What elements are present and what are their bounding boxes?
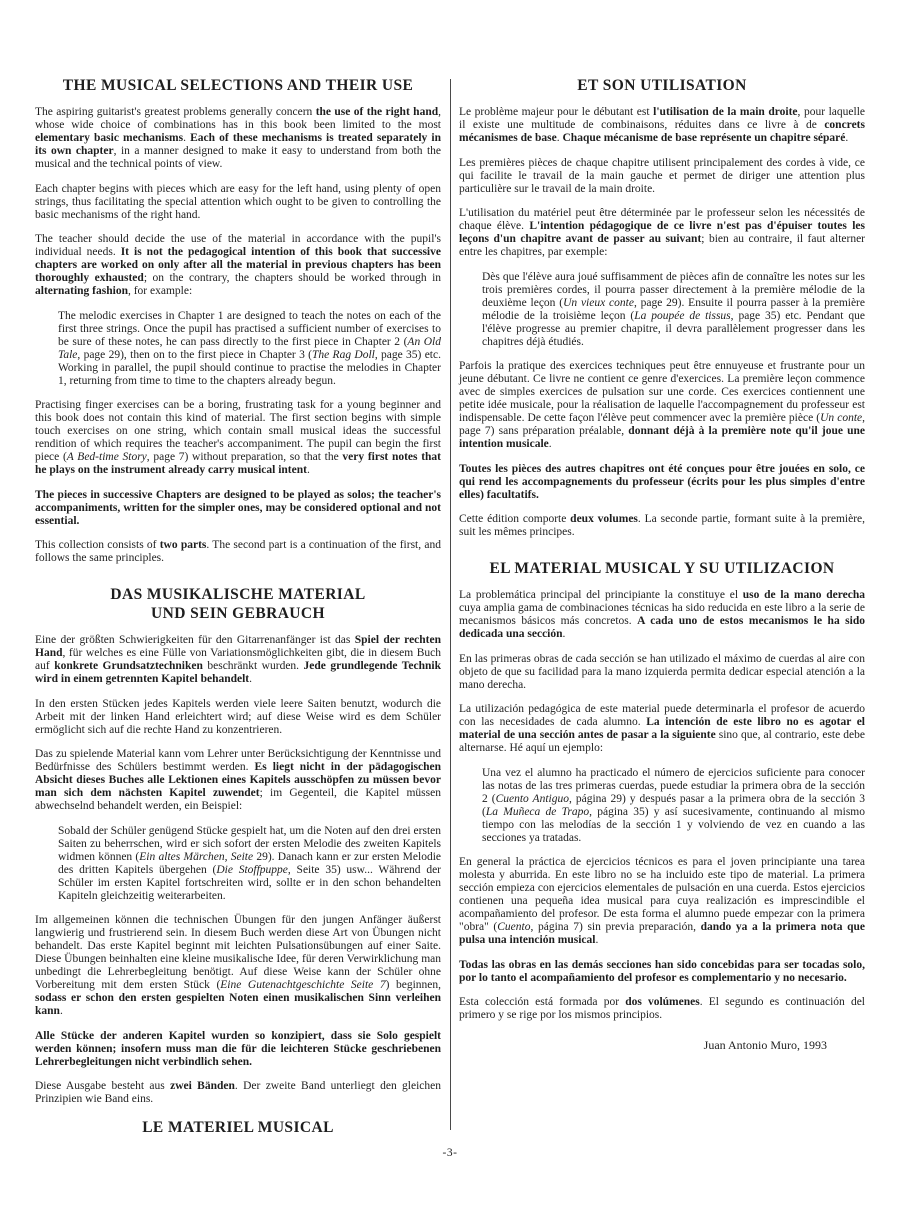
section-heading-english: THE MUSICAL SELECTIONS AND THEIR USE — [35, 76, 441, 95]
paragraph: The aspiring guitarist's greatest proble… — [35, 106, 441, 171]
paragraph: Each chapter begins with pieces which ar… — [35, 183, 441, 222]
paragraph: Practising finger exercises can be a bor… — [35, 399, 441, 477]
page-number: -3- — [0, 1147, 900, 1159]
paragraph: Diese Ausgabe besteht aus zwei Bänden. D… — [35, 1080, 441, 1106]
section-heading-french-material: LE MATERIEL MUSICAL — [35, 1118, 441, 1137]
right-column: ET SON UTILISATION Le problème majeur po… — [459, 76, 865, 1053]
paragraph: This collection consists of two parts. T… — [35, 539, 441, 565]
author-signature: Juan Antonio Muro, 1993 — [459, 1038, 865, 1053]
paragraph: Todas las obras en las demás secciones h… — [459, 959, 865, 985]
paragraph: Eine der größten Schwierigkeiten für den… — [35, 634, 441, 686]
paragraph: Im allgemeinen können die technischen Üb… — [35, 914, 441, 1018]
paragraph: The teacher should decide the use of the… — [35, 233, 441, 298]
paragraph: Esta colección está formada por dos volú… — [459, 996, 865, 1022]
paragraph-indented: The melodic exercises in Chapter 1 are d… — [58, 310, 441, 388]
paragraph: Les premières pièces de chaque chapitre … — [459, 157, 865, 196]
paragraph: Parfois la pratique des exercices techni… — [459, 360, 865, 451]
paragraph: En las primeras obras de cada sección se… — [459, 653, 865, 692]
paragraph: In den ersten Stücken jedes Kapitels wer… — [35, 698, 441, 737]
paragraph: L'utilisation du matériel peut être déte… — [459, 207, 865, 259]
section-heading-french: ET SON UTILISATION — [459, 76, 865, 95]
book-page: THE MUSICAL SELECTIONS AND THEIR USE The… — [0, 0, 900, 1208]
section-heading-spanish: EL MATERIAL MUSICAL Y SU UTILIZACION — [459, 559, 865, 578]
paragraph: Das zu spielende Material kann vom Lehre… — [35, 748, 441, 813]
section-heading-german: DAS MUSIKALISCHE MATERIAL UND SEIN GEBRA… — [35, 585, 441, 623]
paragraph-indented: Sobald der Schüler genügend Stücke gespi… — [58, 825, 441, 903]
paragraph: The pieces in successive Chapters are de… — [35, 489, 441, 528]
paragraph: Le problème majeur pour le débutant est … — [459, 106, 865, 145]
paragraph-indented: Una vez el alumno ha practicado el númer… — [482, 767, 865, 845]
paragraph: La utilización pedagógica de este materi… — [459, 703, 865, 755]
paragraph: En general la práctica de ejercicios téc… — [459, 856, 865, 947]
paragraph: Cette édition comporte deux volumes. La … — [459, 513, 865, 539]
paragraph: Toutes les pièces des autres chapitres o… — [459, 463, 865, 502]
paragraph-indented: Dès que l'élève aura joué suffisamment d… — [482, 271, 865, 349]
paragraph: La problemática principal del principian… — [459, 589, 865, 641]
paragraph: Alle Stücke der anderen Kapitel wurden s… — [35, 1030, 441, 1069]
column-divider — [450, 79, 451, 1130]
left-column: THE MUSICAL SELECTIONS AND THEIR USE The… — [35, 76, 441, 1137]
